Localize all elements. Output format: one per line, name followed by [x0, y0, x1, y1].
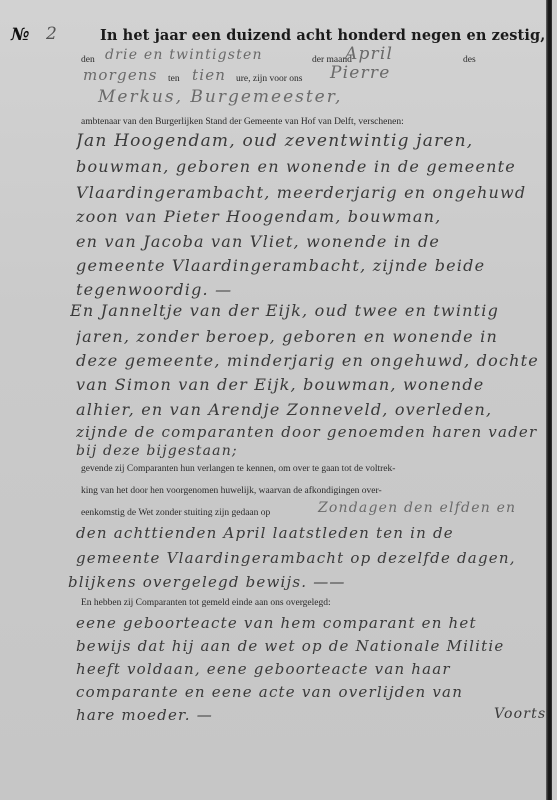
hand-month: April — [345, 44, 393, 64]
hand-official-first: Pierre — [330, 63, 390, 83]
page-margin-strip — [552, 0, 557, 800]
groom-line: tegenwoordig. — — [76, 280, 538, 299]
documents-printed: En hebben zij Comparanten tot gemeld ein… — [81, 598, 331, 608]
groom-name: Jan Hoogendam — [76, 131, 229, 151]
bride-line: bij deze bijgestaan; — [76, 443, 538, 459]
documents-hand-line: comparante en eene acte van overlijden v… — [76, 683, 538, 701]
hand-hour: tien — [192, 66, 226, 84]
groom-age: , oud zeventwintig jaren, — [229, 131, 473, 151]
groom-line: gemeente Vlaardingerambacht, zijnde beid… — [76, 256, 538, 275]
record-number: 2 — [46, 24, 57, 44]
bride-line: jaren, zonder beroep, geboren en wonende… — [76, 327, 538, 346]
banns-hand-line: den achttienden April laatstleden ten in… — [76, 524, 538, 542]
printed-den: den — [81, 55, 95, 65]
record-heading: In het jaar een duizend acht honderd neg… — [100, 27, 545, 44]
documents-hand-line: eene geboorteacte van hem comparant en h… — [76, 614, 538, 632]
printed-des: des — [463, 55, 476, 65]
groom-line: Jan Hoogendam, oud zeventwintig jaren, — [76, 131, 538, 151]
groom-line: en van Jacoba van Vliet, wonende in de — [76, 232, 538, 251]
hand-time-of-day: morgens — [83, 66, 158, 84]
bride-age: , oud twee en twintig — [302, 301, 499, 320]
banns-hand-line: Zondagen den elfden en — [318, 500, 516, 516]
record-number-label: № — [11, 25, 29, 45]
hand-official-title: Merkus, Burgemeester, — [98, 87, 342, 107]
bride-name: Janneltje van der Eijk — [101, 301, 302, 320]
bride-line: van Simon van der Eijk, bouwman, wonende — [76, 375, 538, 394]
banns-hand-line: gemeente Vlaardingerambacht op dezelfde … — [76, 549, 538, 567]
bride-line: alhier, en van Arendje Zonneveld, overle… — [76, 400, 538, 419]
groom-line: zoon van Pieter Hoogendam, bouwman, — [76, 207, 538, 226]
groom-line: bouwman, geboren en wonende in de gemeen… — [76, 157, 538, 176]
documents-hand-line: heeft voldaan, eene geboorteacte van haa… — [76, 660, 538, 678]
bride-line: deze gemeente, minderjarig en ongehuwd, … — [76, 351, 538, 370]
bride-prefix: En — [70, 301, 101, 320]
groom-line: Vlaardingerambacht, meerderjarig en onge… — [76, 183, 538, 202]
documents-hand-line: hare moeder. — — [76, 706, 538, 724]
printed-para-line: eenkomstig de Wet zonder stuiting zijn g… — [81, 508, 270, 518]
printed-para-line: gevende zij Comparanten hun verlangen te… — [81, 464, 395, 474]
catchword: Voorts — [494, 706, 546, 722]
hand-day: drie en twintigsten — [105, 47, 263, 63]
civil-register-page: № 2 In het jaar een duizend acht honderd… — [0, 0, 547, 800]
banns-hand-line: blijkens overgelegd bewijs. —— — [68, 573, 530, 591]
printed-ure: ure, zijn voor ons — [236, 74, 303, 84]
documents-hand-line: bewijs dat hij aan de wet op de National… — [76, 637, 538, 655]
bride-line: zijnde de comparanten door genoemden har… — [76, 423, 538, 441]
printed-para-line: king van het door hen voorgenomen huweli… — [81, 486, 382, 496]
printed-official-line: ambtenaar van den Burgerlijken Stand der… — [81, 117, 404, 127]
bride-line: En Janneltje van der Eijk, oud twee en t… — [70, 301, 532, 320]
printed-ten: ten — [168, 74, 180, 84]
